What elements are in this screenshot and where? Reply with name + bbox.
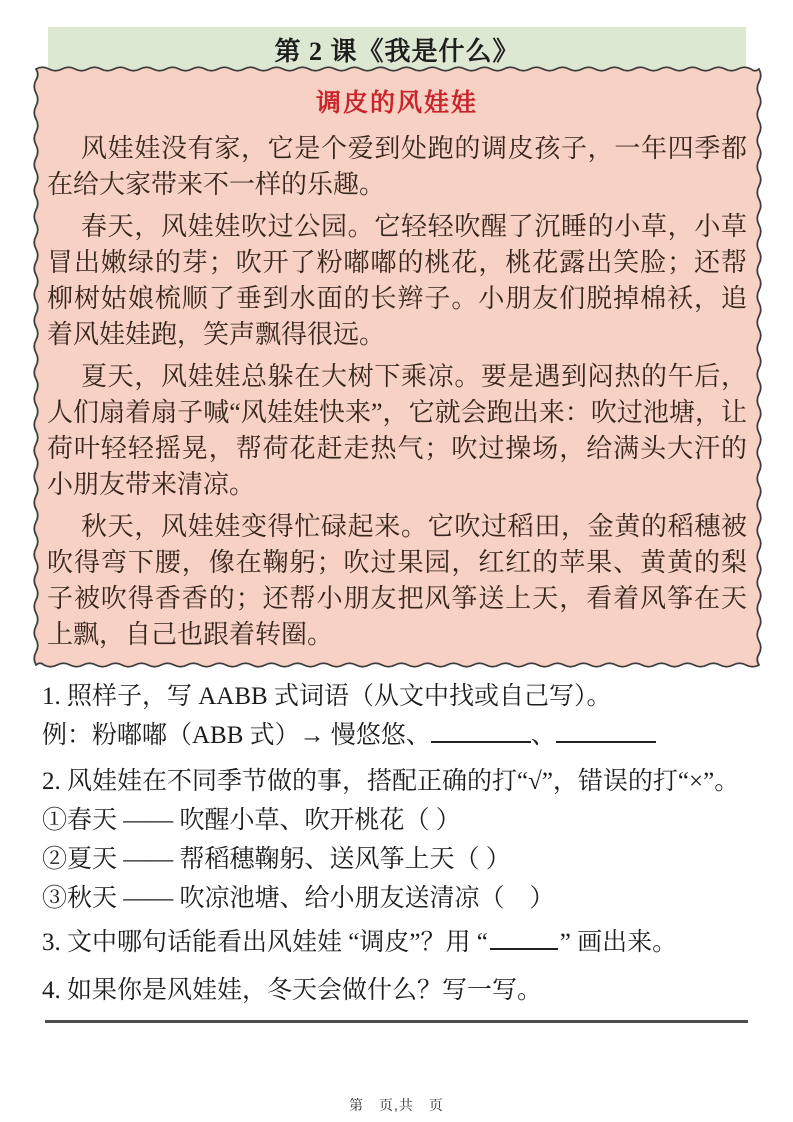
question-3-prefix: 3. 文中哪句话能看出风娃娃 “调皮”？用 “ [42,929,488,956]
answer-blank-3 [490,928,558,951]
story-box: 调皮的风娃娃 风娃娃没有家，它是个爱到处跑的调皮孩子，一年四季都在给大家带来不一… [32,65,763,669]
questions-section: 1. 照样子，写 AABB 式词语（从文中找或自己写）。 例：粉嘟嘟（ABB 式… [42,677,773,1010]
story-paragraph-summer: 夏天，风娃娃总躲在大树下乘凉。要是遇到闷热的午后，人们扇着扇子喊“风娃娃快来”，… [47,359,747,503]
question-1-example-line: 例：粉嘟嘟（ABB 式）→ 慢悠悠、、 [42,716,773,755]
story-content: 调皮的风娃娃 风娃娃没有家，它是个爱到处跑的调皮孩子，一年四季都在给大家带来不一… [47,87,747,653]
question-3-suffix: ” 画出来。 [560,929,677,956]
question-1-example-prefix: 例：粉嘟嘟（ABB 式）→ 慢悠悠、 [42,722,431,749]
lesson-title: 第 2 课《我是什么》 [274,31,519,68]
page-number-label: 第 页,共 页 [349,1097,444,1113]
question-2: 2. 风娃娃在不同季节做的事，搭配正确的打“√”，错误的打“×”。 [42,762,773,801]
story-paragraph-intro: 风娃娃没有家，它是个爱到处跑的调皮孩子，一年四季都在给大家带来不一样的乐趣。 [47,131,747,203]
question-1-example-separator: 、 [531,722,556,749]
page-footer: 第 页,共 页 [0,1095,793,1115]
story-paragraph-spring: 春天，风娃娃吹过公园。它轻轻吹醒了沉睡的小草，小草冒出嫩绿的芽；吹开了粉嘟嘟的桃… [47,209,747,353]
question-3: 3. 文中哪句话能看出风娃娃 “调皮”？用 “” 画出来。 [42,923,773,962]
question-2-item-summer: ②夏天 —— 帮稻穗鞠躬、送风筝上天（ ） [42,840,773,879]
question-2-item-spring: ①春天 —— 吹醒小草、吹开桃花（ ） [42,801,773,840]
story-title: 调皮的风娃娃 [47,87,747,121]
question-2-item-autumn: ③秋天 —— 吹凉池塘、给小朋友送清凉（ ） [42,879,773,918]
question-1: 1. 照样子，写 AABB 式词语（从文中找或自己写）。 [42,677,773,716]
question-4: 4. 如果你是风娃娃，冬天会做什么？写一写。 [42,971,773,1010]
answer-blank-1 [431,721,531,744]
bottom-divider [45,1020,748,1023]
answer-blank-2 [556,721,656,744]
story-paragraph-autumn: 秋天，风娃娃变得忙碌起来。它吹过稻田，金黄的稻穗被吹得弯下腰，像在鞠躬；吹过果园… [47,509,747,653]
worksheet-page: 第 2 课《我是什么》 调皮的风娃娃 风娃娃没有家，它是个爱到处跑的调皮孩子，一… [0,0,793,1122]
